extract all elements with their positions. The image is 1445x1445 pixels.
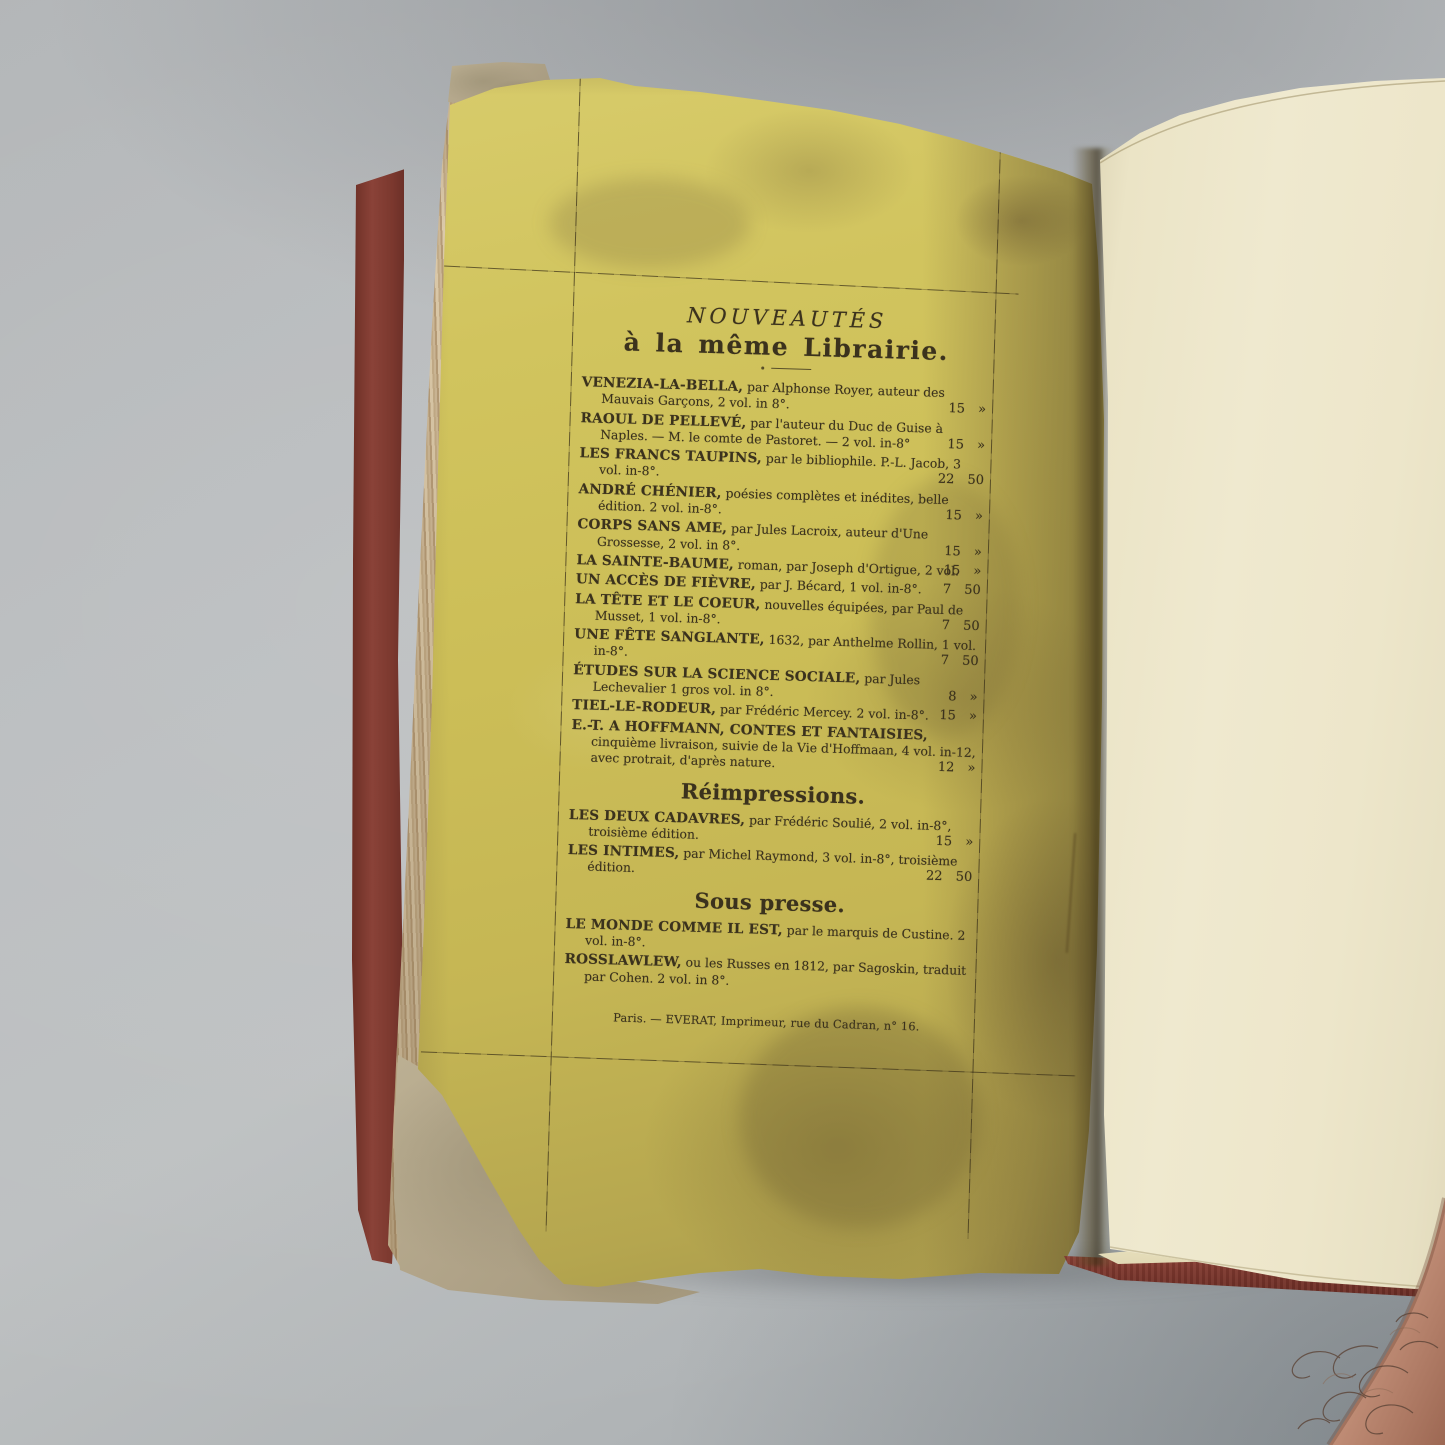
book-photo: NOUVEAUTÉS à la même Librairie. VENEZIA-…: [0, 0, 1445, 1445]
entry-text: roman, par Joseph d'Ortigue, 2 vol.: [734, 557, 959, 579]
entry-price: 15 »: [945, 508, 983, 525]
section-heading: Réimpressions.: [569, 775, 977, 812]
entry-price: 15 »: [944, 544, 982, 561]
advertisement-page: NOUVEAUTÉS à la même Librairie. VENEZIA-…: [400, 58, 1106, 1310]
entry-price: 15 »: [948, 401, 986, 418]
book-catalog: VENEZIA-LA-BELLA, par Alphonse Royer, au…: [564, 374, 989, 996]
entry-price: 15 »: [939, 708, 977, 725]
entry-price: 22 50: [926, 869, 973, 887]
ornament-dot: [761, 366, 764, 369]
entry-price: 12 »: [938, 760, 976, 777]
frame-rule-bottom: [421, 1051, 1076, 1076]
entry-price: 15 »: [947, 437, 985, 454]
hand-arm: [1078, 1168, 1445, 1445]
section-heading: Sous presse.: [566, 884, 974, 921]
entry-title: LA SAINTE-BAUME,: [576, 552, 734, 573]
entry-price: 15 »: [943, 563, 981, 580]
entry-title: UN ACCÈS DE FIÈVRE,: [576, 571, 757, 592]
entry-price: 22 50: [938, 472, 985, 490]
page-top-edge-line: [1085, 75, 1445, 1295]
entry-price: 7 50: [943, 582, 981, 599]
advertisement-content: NOUVEAUTÉS à la même Librairie. VENEZIA-…: [563, 300, 991, 1035]
entry-text: par Frédéric Mercey. 2 vol. in-8°.: [716, 702, 929, 723]
catalog-entry: E.-T. A HOFFMANN, CONTES ET FANTAISIES, …: [570, 717, 978, 778]
entry-price: 15 »: [935, 834, 973, 851]
entry-price: 7 50: [940, 653, 978, 670]
entry-title: ROSSLAWLEW,: [564, 951, 682, 970]
entry-title: LES INTIMES,: [568, 842, 680, 861]
frame-rule-top: [444, 266, 1018, 295]
entry-price: 8 »: [948, 689, 978, 706]
ornament-line: [771, 368, 811, 371]
printed-frame: NOUVEAUTÉS à la même Librairie. VENEZIA-…: [408, 68, 1104, 1322]
entry-price: 7 50: [941, 618, 979, 635]
printer-imprint: Paris. — EVERAT, Imprimeur, rue du Cadra…: [563, 1010, 970, 1035]
entry-text: par J. Bécard, 1 vol. in-8°.: [756, 577, 922, 597]
right-blank-page: [1085, 75, 1445, 1295]
entry-title: TIEL-LE-RODEUR,: [572, 697, 716, 717]
